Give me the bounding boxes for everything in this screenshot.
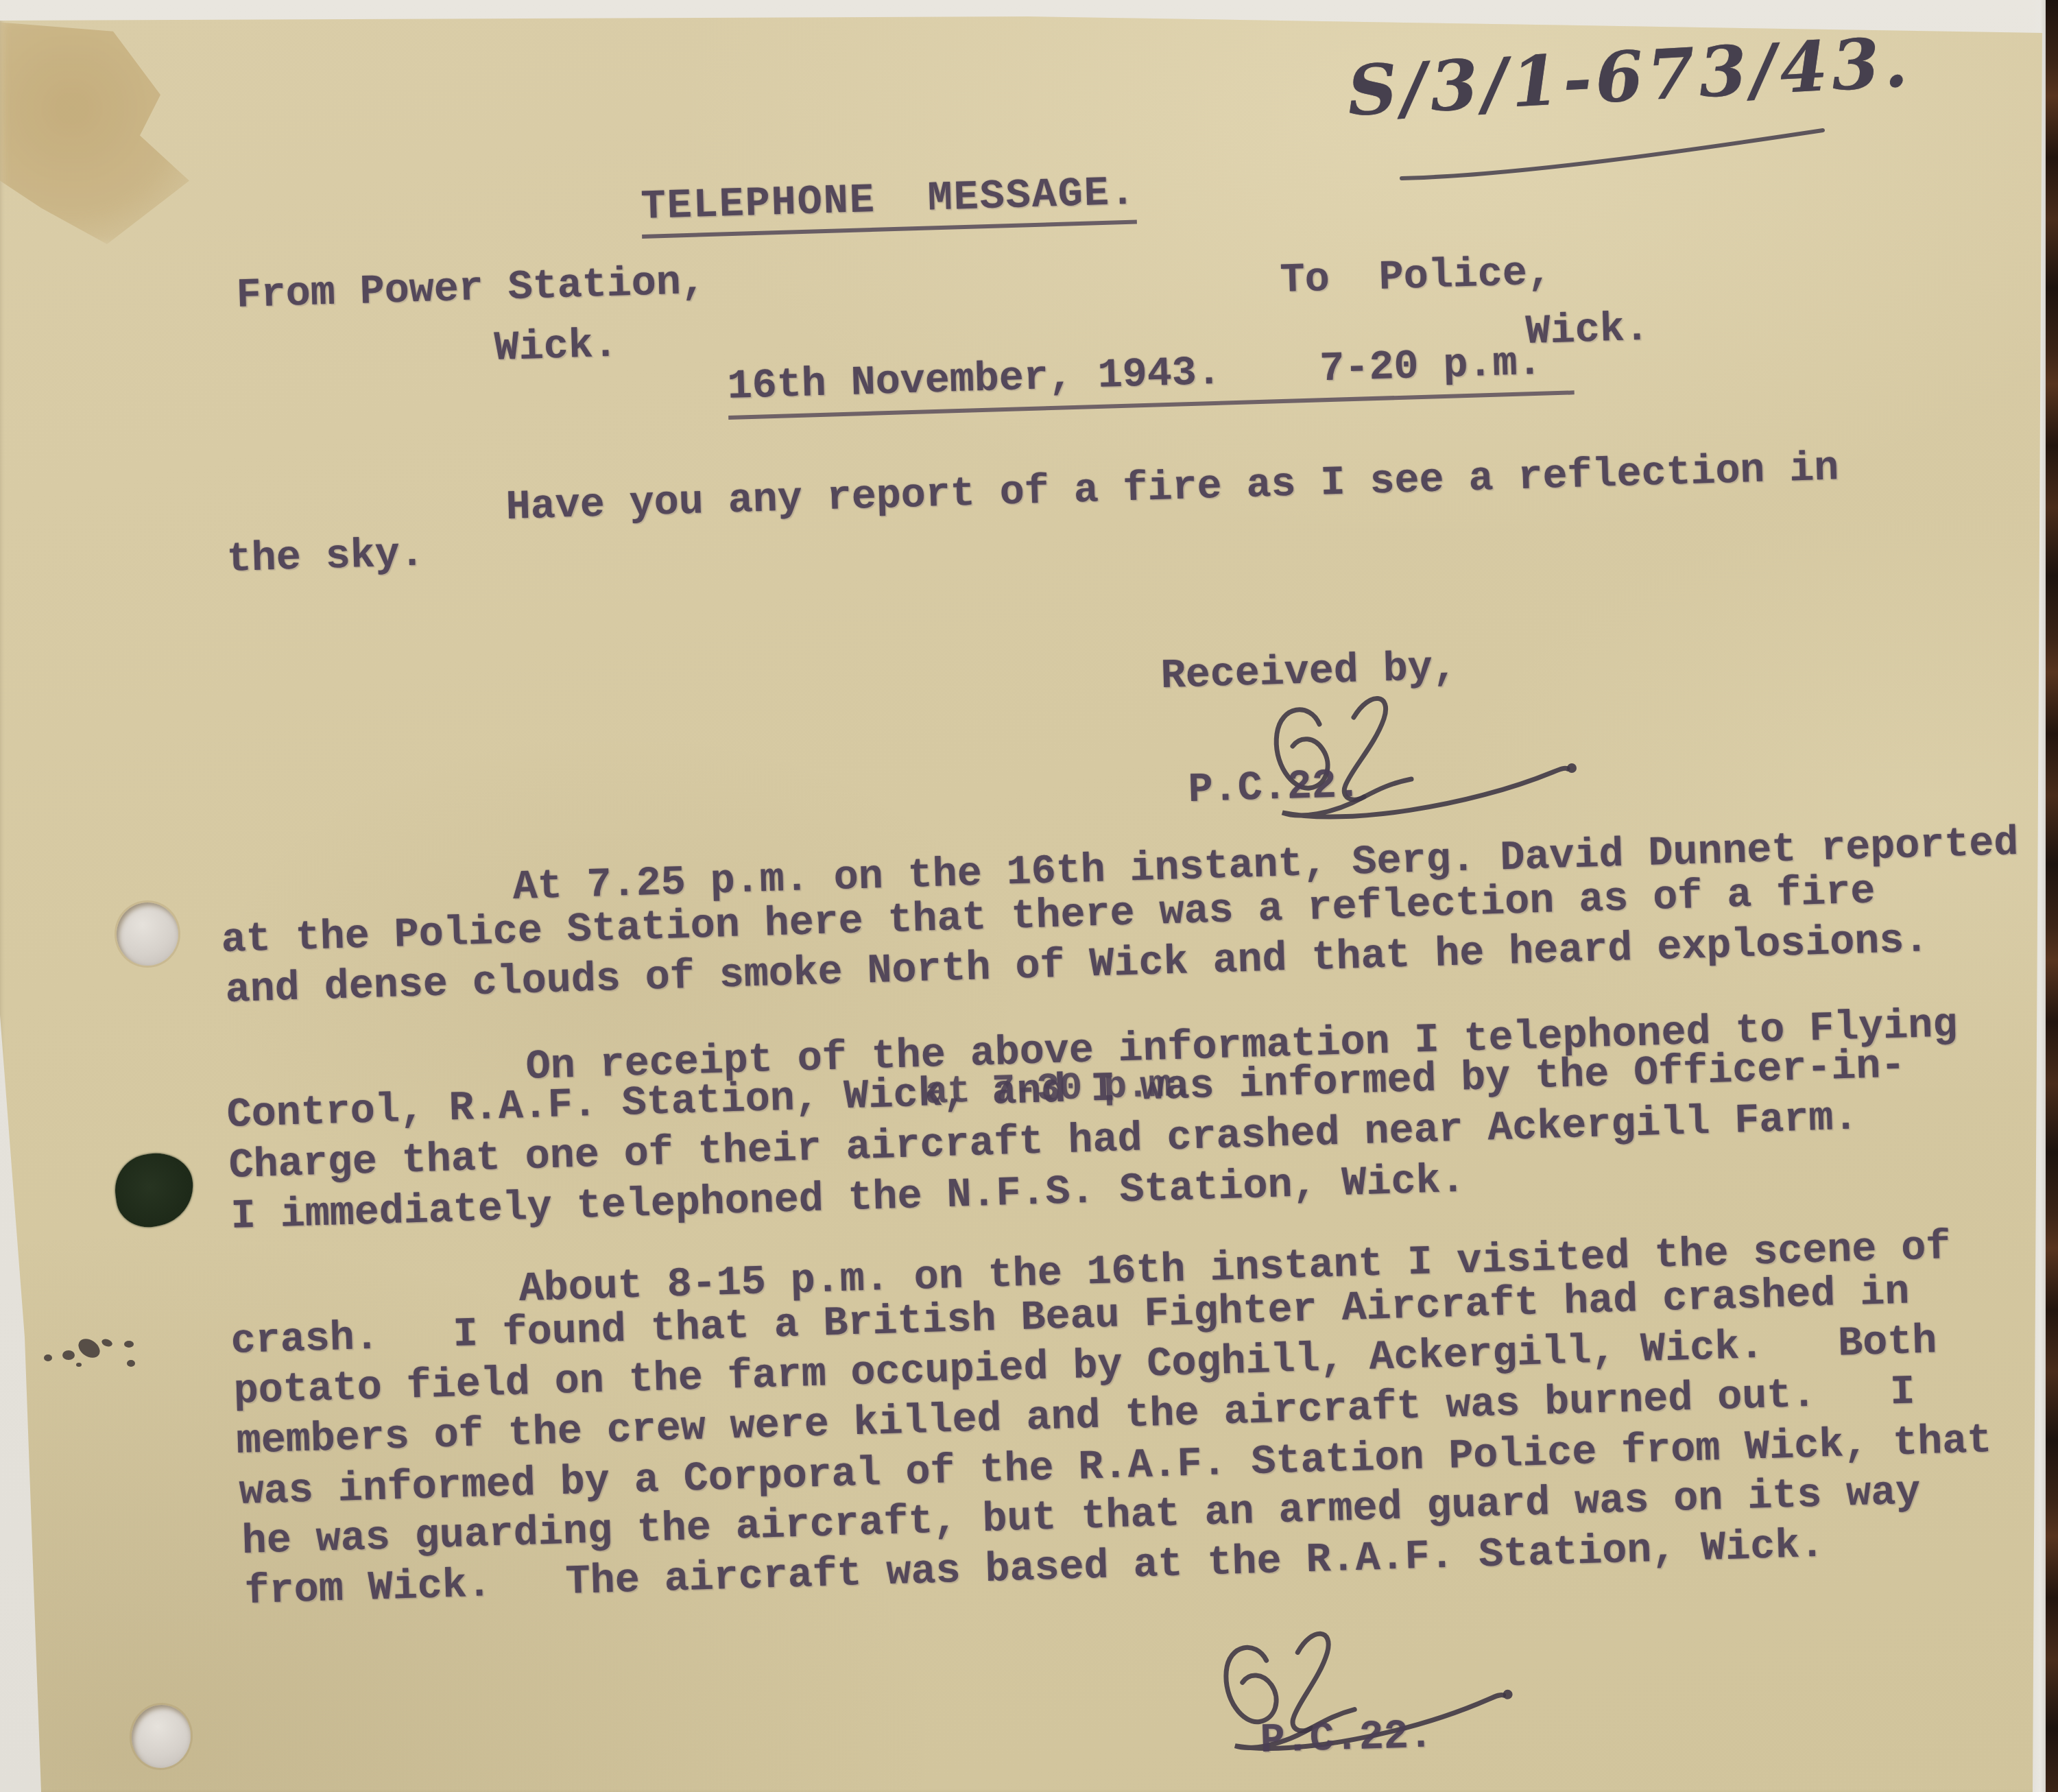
reference-underline-stroke: [1399, 125, 1838, 193]
from-location: Wick.: [494, 324, 619, 370]
to-label: To Police,: [1280, 252, 1553, 302]
message-line: the sky.: [226, 533, 425, 582]
punch-hole-top: [117, 903, 178, 966]
scanned-document-page: S/3/1-673/43. TELEPHONE MESSAGE. From Po…: [0, 0, 2058, 1792]
ink-spatter: [26, 1326, 184, 1381]
received-by-officer-id: P.C.22.: [1188, 765, 1362, 812]
wood-desk-edge: [2046, 0, 2058, 1792]
signed-officer-id: P.C.22.: [1260, 1715, 1434, 1763]
